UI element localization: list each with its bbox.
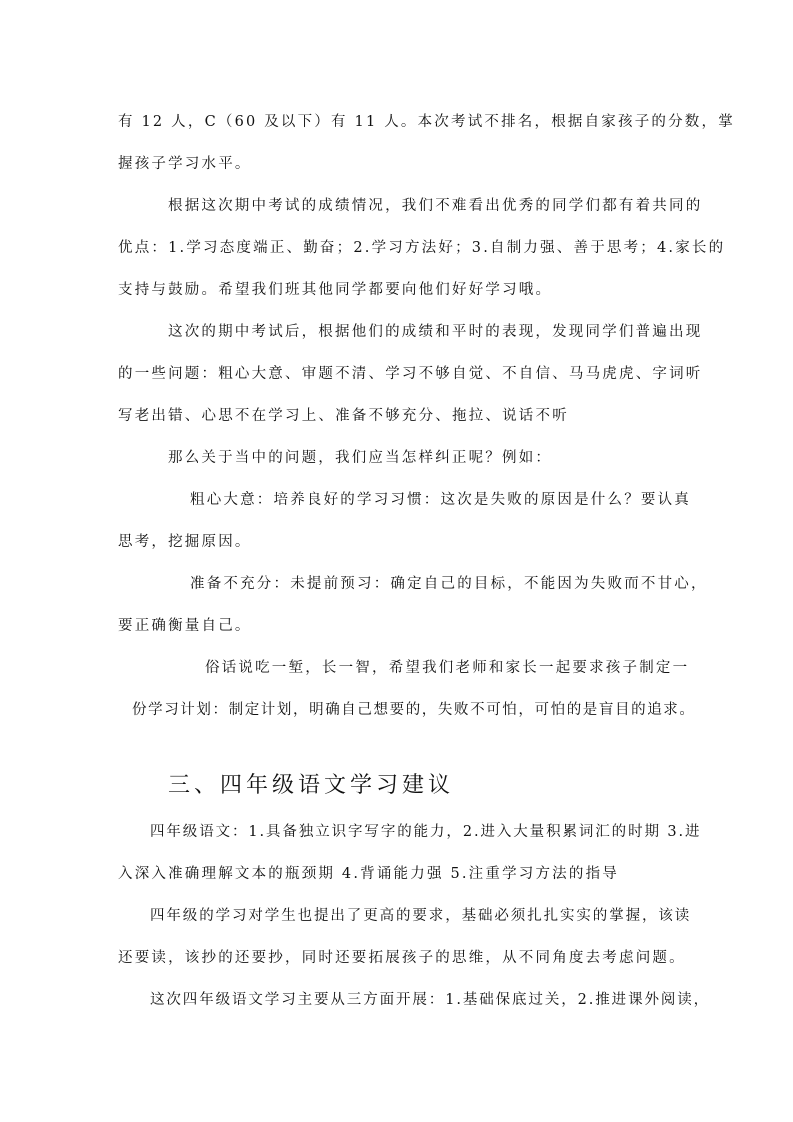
paragraph-line: 这次四年级语文学习主要从三方面开展：1.基础保底过关，2.推进课外阅读，	[150, 988, 710, 1009]
paragraph-line: 还要读，该抄的还要抄，同时还要拓展孩子的思维，从不同角度去考虑问题。	[118, 946, 686, 967]
paragraph-line: 写老出错、心思不在学习上、准备不够充分、拖拉、说话不听	[118, 404, 569, 425]
paragraph-line: 握孩子学习水平。	[118, 152, 252, 173]
paragraph-line: 那么关于当中的问题，我们应当怎样纠正呢？例如：	[168, 446, 552, 467]
paragraph-line: 准备不充分：未提前预习：确定自己的目标，不能因为失败而不甘心，	[190, 572, 708, 593]
paragraph-line: 份学习计划：制定计划，明确自己想要的，失败不可怕，可怕的是盲目的追求。	[132, 698, 696, 719]
paragraph-line: 支持与鼓励。希望我们班其他同学都要向他们好好学习哦。	[118, 278, 552, 299]
paragraph-line: 思考，挖掘原因。	[118, 530, 252, 551]
paragraph-line: 有 12 人，C（60 及以下）有 11 人。本次考试不排名，根据自家孩子的分数…	[118, 110, 735, 131]
paragraph-line: 四年级的学习对学生也提出了更高的要求，基础必须扎扎实实的掌握，该读	[150, 904, 691, 925]
paragraph-line: 这次的期中考试后，根据他们的成绩和平时的表现，发现同学们普遍出现	[168, 320, 702, 341]
paragraph-line: 四年级语文：1.具备独立识字写字的能力，2.进入大量积累词汇的时期 3.进	[150, 820, 701, 841]
paragraph-line: 粗心大意：培养良好的学习习惯：这次是失败的原因是什么？要认真	[190, 488, 691, 509]
paragraph-line: 根据这次期中考试的成绩情况，我们不难看出优秀的同学们都有着共同的	[168, 194, 702, 215]
paragraph-line: 优点：1.学习态度端正、勤奋；2.学习方法好；3.自制力强、善于思考；4.家长的	[118, 236, 725, 257]
paragraph-line: 俗话说吃一堑，长一智，希望我们老师和家长一起要求孩子制定一	[205, 656, 689, 677]
paragraph-line: 入深入准确理解文本的瓶颈期 4.背诵能力强 5.注重学习方法的指导	[118, 862, 619, 883]
paragraph-line: 要正确衡量自己。	[118, 614, 252, 635]
section-heading: 三、四年级语文学习建议	[168, 768, 454, 799]
paragraph-line: 的一些问题：粗心大意、审题不清、学习不够自觉、不自信、马马虎虎、字词听	[118, 362, 703, 383]
